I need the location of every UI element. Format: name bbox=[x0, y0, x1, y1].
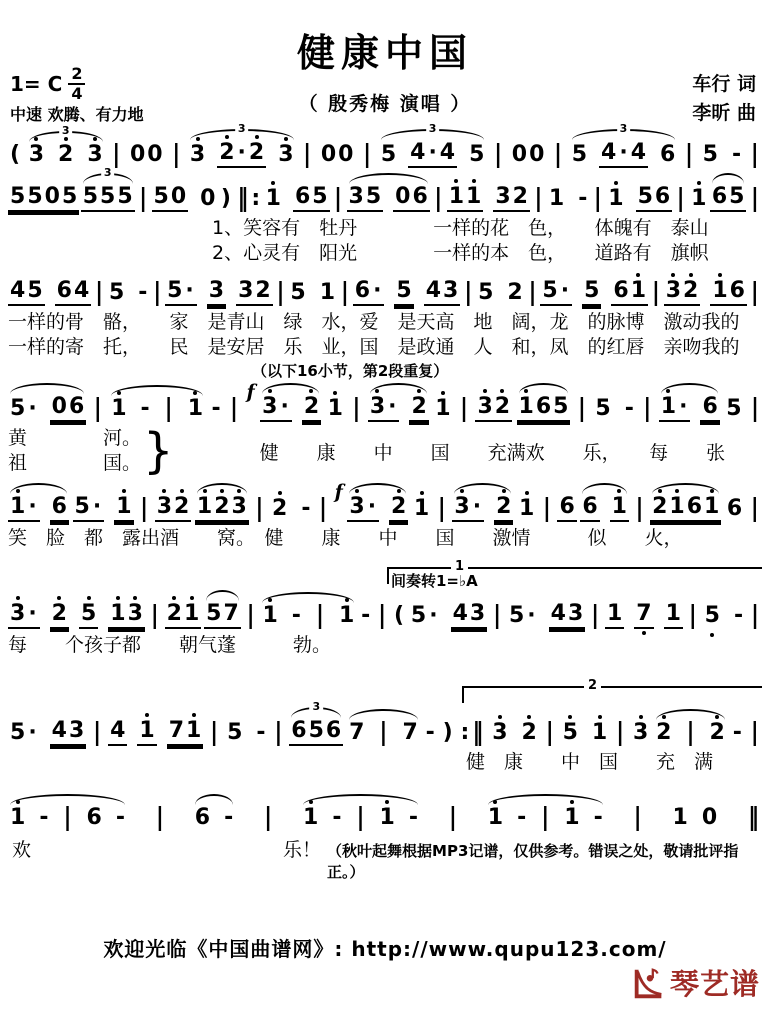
note-group: 354·46 bbox=[570, 142, 678, 168]
note-group: ) bbox=[441, 722, 455, 746]
note-group: 3·2 bbox=[260, 396, 321, 422]
note-group: | bbox=[92, 282, 106, 306]
note-token: 3· bbox=[452, 496, 484, 522]
barline: | bbox=[634, 496, 646, 521]
final-lyric-line: 欢乐！（秋叶起舞根据MP3记谱，仅供参考。错误之处，敬请批评指正。） bbox=[4, 835, 766, 882]
note-token: 35 bbox=[347, 186, 384, 212]
note-group: 5- bbox=[701, 144, 743, 168]
note-group: | bbox=[446, 807, 460, 831]
note-token: 123 bbox=[195, 496, 249, 522]
barline: | bbox=[154, 805, 166, 830]
note-token: | bbox=[274, 282, 288, 306]
note-token: | bbox=[674, 188, 688, 212]
augmentation-dot: · bbox=[371, 280, 383, 302]
note-group: ( bbox=[392, 605, 406, 629]
notation-row: 1·65·1|32123|2-|f3·21|3·21|661|21616| bbox=[4, 482, 766, 526]
note-token: 56 bbox=[636, 186, 673, 212]
triplet-label: 3 bbox=[59, 125, 73, 136]
note-token: 2161 bbox=[650, 496, 721, 522]
barline: | bbox=[749, 142, 761, 167]
note-group: 5·43 bbox=[8, 720, 86, 746]
note-token: 3· bbox=[347, 496, 379, 522]
song-title: 健康中国 bbox=[0, 0, 770, 77]
barline: | bbox=[163, 396, 175, 421]
note-group: 1- bbox=[547, 188, 589, 212]
note-token: 1 bbox=[562, 807, 581, 831]
note-token: 2 bbox=[50, 603, 69, 629]
note-token: - bbox=[330, 807, 343, 831]
note-group: | bbox=[631, 807, 645, 831]
note-token: | bbox=[490, 605, 504, 629]
note-token: | bbox=[748, 605, 762, 629]
barline: | bbox=[544, 720, 556, 745]
note-group: | bbox=[748, 722, 762, 746]
lyric-line: 一样的骨 骼， 家 是青山 绿 水，爱 是天高 地 阔，龙 的脉博 激动我的 bbox=[4, 310, 766, 335]
note-group: | bbox=[748, 188, 762, 212]
augmentation-dot: · bbox=[427, 605, 439, 627]
note-group: | bbox=[543, 722, 557, 746]
credits: 车行 词 李昕 曲 bbox=[692, 70, 756, 129]
note-token: 3· bbox=[368, 396, 400, 422]
note-group: 5- bbox=[593, 398, 635, 422]
note-token: - bbox=[731, 722, 744, 746]
note-group: | bbox=[274, 282, 288, 306]
note-group: 6 bbox=[557, 496, 576, 522]
barline: | bbox=[376, 603, 388, 628]
note-token: 43 bbox=[549, 603, 586, 629]
barline: | bbox=[687, 603, 699, 628]
note-group: :‖ bbox=[459, 722, 487, 746]
augmentation-dot: · bbox=[386, 396, 398, 418]
augmentation-dot: · bbox=[183, 280, 195, 302]
note-token: 5 bbox=[593, 398, 612, 422]
lyric-line: 每 个孩子都 朝气蓬 勃。 bbox=[4, 633, 766, 658]
note-token: 5· bbox=[507, 605, 539, 629]
note-token: - bbox=[732, 605, 745, 629]
note-group: 3·2 bbox=[368, 396, 429, 422]
barline: | bbox=[749, 496, 761, 521]
note-token: 64 bbox=[55, 280, 92, 306]
note-group: | bbox=[591, 188, 605, 212]
note-group: | bbox=[491, 144, 505, 168]
note-token: 6 bbox=[193, 807, 212, 831]
note-group: 10 bbox=[671, 807, 720, 831]
note-token: 6· bbox=[353, 280, 385, 306]
lyric-line: 笑 脸 都 露出酒 窝。 健 康 中 国 激情 似 火， bbox=[4, 526, 766, 551]
note-group: 332·23 bbox=[188, 142, 296, 168]
logo-text: 琴艺谱 bbox=[670, 962, 760, 1003]
note-group: | bbox=[682, 144, 696, 168]
barline: | bbox=[137, 186, 149, 211]
note-token: 32 bbox=[155, 496, 192, 522]
note-token: 3· bbox=[260, 396, 292, 422]
composer-credit: 李昕 曲 bbox=[692, 99, 756, 128]
augmentation-dot: · bbox=[525, 605, 537, 627]
note-group: 3323 bbox=[27, 144, 105, 168]
triplet-arc: 3 bbox=[291, 707, 341, 718]
note-group: | bbox=[207, 722, 221, 746]
note-token: | bbox=[551, 144, 565, 168]
note-group: 3656 bbox=[289, 720, 343, 746]
qinyipu-logo: 琴艺谱 bbox=[630, 962, 760, 1003]
triplet-arc: 3 bbox=[572, 129, 676, 140]
note-group: 1 bbox=[412, 498, 431, 522]
note-token: 1 bbox=[671, 807, 690, 831]
double-barline: ‖ bbox=[746, 805, 761, 830]
note-token: | bbox=[631, 807, 645, 831]
note-group: - bbox=[424, 722, 437, 746]
note-group: | bbox=[435, 498, 449, 522]
note-group: 3·2 bbox=[347, 496, 408, 522]
note-token: 1 bbox=[610, 496, 629, 522]
note-token: 61 bbox=[611, 280, 648, 306]
note-group: | bbox=[748, 398, 762, 422]
note-token: - bbox=[114, 807, 127, 831]
triplet-arc: 3 bbox=[381, 129, 485, 140]
note-token: 5· bbox=[8, 722, 40, 746]
note-group: 1-|6- bbox=[8, 807, 127, 831]
note-group: | bbox=[331, 188, 345, 212]
slur-arc bbox=[111, 385, 203, 396]
note-group: 6 bbox=[725, 498, 744, 522]
score-line: 1-|6-|6-|1-|1-|1-|1-|10‖欢乐！（秋叶起舞根据MP3记谱，… bbox=[4, 793, 766, 882]
qinyipu-logo-icon bbox=[630, 964, 668, 1002]
note-token: | bbox=[748, 722, 762, 746]
note-group: - bbox=[209, 398, 222, 422]
note-token: | bbox=[375, 605, 389, 629]
note-group: | bbox=[748, 144, 762, 168]
note-token: 2·2 bbox=[217, 142, 266, 168]
notation-row: 1-|6-|6-|1-|1-|1-|1-|10‖ bbox=[4, 793, 766, 835]
note-group: 61 bbox=[580, 496, 629, 522]
barline: | bbox=[592, 186, 604, 211]
note-token: 6 bbox=[50, 496, 69, 522]
note-group: | bbox=[271, 722, 285, 746]
slur-arc bbox=[262, 592, 354, 603]
note-token: | bbox=[316, 498, 330, 522]
note-token: ) bbox=[219, 188, 233, 212]
note-group: 3555 bbox=[81, 186, 135, 212]
interlude-annotation: 间奏转1=♭A bbox=[391, 570, 478, 591]
site-welcome-text: 欢迎光临《中国曲谱网》: http://www.qupu123.com/ bbox=[0, 933, 770, 962]
barline: | bbox=[151, 280, 163, 305]
note-group: 32 bbox=[475, 396, 512, 422]
note-group: | bbox=[316, 498, 330, 522]
note-token: 5· bbox=[73, 496, 105, 522]
note-token: 1 bbox=[606, 188, 625, 212]
note-token: | bbox=[526, 282, 540, 306]
barline: | bbox=[228, 396, 240, 421]
lyricist-credit: 车行 词 bbox=[692, 70, 756, 99]
note-group: 5·06 bbox=[8, 396, 86, 422]
note-group: 3506 bbox=[347, 186, 430, 212]
transcriber-note: （秋叶起舞根据MP3记谱，仅供参考。错误之处，敬请批评指正。） bbox=[327, 840, 766, 882]
note-token: 5· bbox=[540, 280, 572, 306]
note-token: 5 bbox=[701, 144, 720, 168]
note-token: 5 bbox=[561, 722, 580, 746]
lyric-syllable: 欢 bbox=[12, 835, 31, 862]
note-token: 3 bbox=[276, 144, 295, 168]
note-token: - bbox=[139, 398, 152, 422]
note-group: 51 bbox=[288, 282, 337, 306]
note-group: ( bbox=[8, 144, 22, 168]
barline: | bbox=[92, 396, 104, 421]
note-group: 21 bbox=[165, 603, 202, 629]
note-token: 1 bbox=[605, 603, 624, 629]
note-token: ‖ bbox=[745, 807, 762, 831]
time-denominator: 4 bbox=[71, 85, 82, 102]
note-token: 5 bbox=[107, 282, 126, 306]
note-token: :‖ bbox=[459, 722, 487, 746]
note-token: | bbox=[446, 807, 460, 831]
note-group: | bbox=[461, 282, 475, 306]
note-token: | bbox=[431, 188, 445, 212]
barline: | bbox=[684, 720, 696, 745]
note-group: 7|7 bbox=[347, 722, 420, 746]
note-group: | bbox=[748, 282, 762, 306]
note-token: 6 bbox=[557, 496, 576, 522]
note-token: 32 bbox=[664, 280, 701, 306]
note-group: 1 bbox=[326, 398, 345, 422]
barline: | bbox=[539, 805, 551, 830]
note-group: 00 bbox=[128, 144, 165, 168]
note-token: 3 bbox=[27, 144, 46, 168]
score-line: 25·43|4171|5-|36567|7-):‖32|51|32|2-|健 康… bbox=[4, 684, 766, 775]
note-token: - bbox=[623, 398, 636, 422]
dynamic-mark: f bbox=[246, 383, 256, 402]
augmentation-dot: · bbox=[426, 142, 438, 164]
note-group: 5·43 bbox=[507, 603, 585, 629]
note-group: 165 bbox=[264, 186, 330, 212]
time-signature: 2 4 bbox=[68, 66, 85, 102]
note-token: - bbox=[359, 605, 372, 629]
note-token: 32 bbox=[236, 280, 273, 306]
note-token: 2 bbox=[708, 722, 727, 746]
note-group: | bbox=[261, 807, 275, 831]
note-token: | bbox=[150, 282, 164, 306]
note-token: 5 bbox=[394, 280, 413, 306]
note-token: 32 bbox=[493, 186, 530, 212]
barline: | bbox=[749, 720, 761, 745]
barline: | bbox=[532, 186, 544, 211]
note-token: 2 bbox=[520, 722, 539, 746]
note-token: 45 bbox=[8, 280, 45, 306]
key-signature: 1= C 2 4 bbox=[10, 66, 85, 102]
note-token: | bbox=[748, 282, 762, 306]
note-token: 65 bbox=[293, 186, 330, 212]
note-token: 4 bbox=[108, 720, 127, 746]
lyric-line: 健 康 中 国 充 满 bbox=[4, 750, 766, 775]
note-token: 5 bbox=[288, 282, 307, 306]
note-token: 1 bbox=[517, 498, 536, 522]
note-token: | bbox=[169, 144, 183, 168]
note-group: 4171 bbox=[108, 720, 203, 746]
augmentation-dot: · bbox=[471, 496, 483, 518]
note-token: 6 bbox=[580, 496, 599, 522]
note-token: | bbox=[748, 188, 762, 212]
note-group: 500 bbox=[152, 186, 218, 212]
note-token: 1 bbox=[590, 722, 609, 746]
note-token: - bbox=[576, 188, 589, 212]
note-group: 1·6 bbox=[659, 396, 720, 422]
note-token: 5 bbox=[79, 603, 98, 629]
note-group: 00 bbox=[510, 144, 547, 168]
note-token: | bbox=[588, 605, 602, 629]
note-token: 43 bbox=[451, 603, 488, 629]
note-token: | bbox=[244, 605, 258, 629]
note-token: 3 bbox=[207, 280, 226, 306]
note-token: 7 bbox=[634, 603, 653, 629]
note-token: | bbox=[683, 722, 697, 746]
brace-lyrics: 黄 河。祖 国。}健 康 中 国 充满欢 乐， 每 张 bbox=[4, 426, 766, 476]
lyric-line: 2、心灵有 阳光 一样的本 色， 道路有 旗帜 bbox=[4, 241, 766, 266]
note-group: | bbox=[300, 144, 314, 168]
note-group: 3·2 bbox=[452, 496, 513, 522]
barline: | bbox=[245, 603, 257, 628]
lyric-line: 一样的寄 托， 民 是安居 乐 业，国 是政通 人 和，凤 的红唇 亲吻我的 bbox=[4, 335, 766, 360]
note-group: | bbox=[457, 398, 471, 422]
note-group: 5·332 bbox=[165, 280, 273, 306]
note-token: 4·4 bbox=[408, 142, 457, 168]
volta-bracket: 1间奏转1=♭A bbox=[387, 567, 762, 584]
note-token: | bbox=[748, 498, 762, 522]
note-group: 123 bbox=[195, 496, 249, 522]
note-group: 1 bbox=[517, 498, 536, 522]
note-token: 2 bbox=[409, 396, 428, 422]
time-numerator: 2 bbox=[68, 66, 85, 85]
note-token: 16 bbox=[710, 280, 747, 306]
note-group: | bbox=[575, 398, 589, 422]
note-token: 2 bbox=[302, 396, 321, 422]
barline: | bbox=[262, 805, 274, 830]
note-group: 5- bbox=[703, 605, 745, 629]
note-group: | bbox=[748, 498, 762, 522]
note-token: 2 bbox=[654, 722, 673, 746]
note-token: 1 bbox=[137, 720, 156, 746]
note-token: 1 bbox=[264, 188, 283, 212]
note-token: | bbox=[300, 144, 314, 168]
note-group: 1 bbox=[689, 188, 708, 212]
note-token: | bbox=[633, 498, 647, 522]
note-token: | bbox=[461, 282, 475, 306]
barline: | bbox=[253, 496, 265, 521]
note-group: 32 bbox=[490, 722, 539, 746]
note-token: 43 bbox=[50, 720, 87, 746]
section-annotation: （以下16小节，第2段重复） bbox=[4, 360, 766, 382]
note-group: | bbox=[91, 398, 105, 422]
note-token: 7 bbox=[400, 722, 419, 746]
note-token: | bbox=[92, 282, 106, 306]
note-group: - bbox=[731, 722, 744, 746]
note-group: 156 bbox=[606, 186, 672, 212]
note-token: 2 bbox=[270, 498, 289, 522]
note-token: 00 bbox=[319, 144, 356, 168]
note-group: | bbox=[686, 605, 700, 629]
barline: | bbox=[208, 720, 220, 745]
note-token: | bbox=[360, 144, 374, 168]
note-group: ‖ bbox=[745, 807, 762, 831]
note-token: | bbox=[376, 722, 390, 746]
note-token: - bbox=[209, 398, 222, 422]
augmentation-dot: · bbox=[236, 142, 248, 164]
barline: | bbox=[354, 805, 366, 830]
note-group: | bbox=[633, 498, 647, 522]
note-token: ( bbox=[8, 144, 22, 168]
barline: | bbox=[683, 142, 695, 167]
note-token: | bbox=[109, 144, 123, 168]
note-token: | bbox=[540, 498, 554, 522]
barline: | bbox=[350, 396, 362, 421]
slur-arc bbox=[712, 173, 745, 184]
double-barline: ‖ bbox=[470, 720, 485, 745]
note-group: 52 bbox=[476, 282, 525, 306]
note-token: ‖: bbox=[234, 188, 262, 212]
slur-arc bbox=[10, 383, 84, 394]
note-token: 5· bbox=[8, 398, 40, 422]
note-token: | bbox=[640, 398, 654, 422]
note-token: 2 bbox=[56, 144, 75, 168]
note-token: | bbox=[271, 722, 285, 746]
score-line: (3323|00|332·23|00|354·45|00|354·46|5-| bbox=[4, 128, 766, 172]
note-token: | bbox=[748, 398, 762, 422]
note-group: 6·543 bbox=[353, 280, 461, 306]
notation-row: (3323|00|332·23|00|354·45|00|354·46|5-| bbox=[4, 128, 766, 172]
lyric-line: 1、笑容有 牡丹 一样的花 色， 体魄有 泰山 bbox=[4, 216, 766, 241]
note-token: | bbox=[538, 807, 552, 831]
note-group: 5·1 bbox=[73, 496, 134, 522]
note-token: 1 bbox=[547, 188, 566, 212]
note-token: | bbox=[491, 144, 505, 168]
note-group: | bbox=[431, 188, 445, 212]
note-token: 4·4 bbox=[599, 142, 648, 168]
barline: | bbox=[462, 280, 474, 305]
note-token: | bbox=[252, 498, 266, 522]
barline: | bbox=[641, 396, 653, 421]
note-token: 2 bbox=[494, 496, 513, 522]
note-group: 1-|1 bbox=[109, 398, 205, 422]
note-group: 1·6 bbox=[8, 496, 69, 522]
barline: | bbox=[432, 186, 444, 211]
note-token: 1 bbox=[378, 807, 397, 831]
note-group: | bbox=[109, 144, 123, 168]
barline: | bbox=[149, 603, 161, 628]
note-token: | bbox=[153, 807, 167, 831]
note-group: 3 bbox=[631, 722, 650, 746]
note-token: 1· bbox=[8, 496, 40, 522]
dynamic-mark: f bbox=[334, 483, 344, 502]
note-token: | bbox=[435, 498, 449, 522]
lyric-line: 黄 河。 bbox=[4, 426, 141, 451]
barline: | bbox=[301, 142, 313, 167]
verse-endings: 黄 河。祖 国。 bbox=[4, 426, 141, 476]
note-token: 71 bbox=[167, 720, 204, 746]
note-group: ‖: bbox=[234, 188, 262, 212]
note-token: 656 bbox=[289, 720, 343, 746]
lyric-line: 健 康 中 国 充满欢 乐， 每 张 bbox=[260, 438, 726, 465]
notation-row: 5·06|1-|1-|f3·21|3·21|32165|5-|1·65| bbox=[4, 382, 766, 426]
slur-arc bbox=[349, 173, 428, 184]
note-token: 43 bbox=[424, 280, 461, 306]
note-token: | bbox=[349, 398, 363, 422]
note-token: 13 bbox=[108, 603, 145, 629]
note-group: | bbox=[148, 605, 162, 629]
note-group: | bbox=[136, 188, 150, 212]
note-token: | bbox=[136, 188, 150, 212]
note-token: | bbox=[331, 188, 345, 212]
note-token: | bbox=[261, 807, 275, 831]
note-group: 2161 bbox=[650, 496, 721, 522]
note-group: | bbox=[531, 188, 545, 212]
